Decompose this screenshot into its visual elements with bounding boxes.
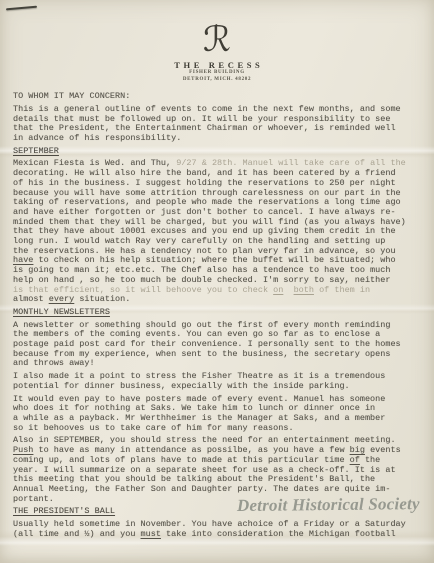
heading-line: SEPTEMBER [13,147,421,157]
underlined-word: on [273,285,283,295]
document-line: (all time and ½) and you must take into … [13,530,421,540]
intro-paragraph: This is a general outline of events to c… [13,105,421,144]
underlined-word: both [294,285,314,295]
salutation: TO WHOM IT MAY CONCERN: [13,92,421,102]
fisher-theatre-paragraph: I also made it a point to stress the Fis… [13,372,421,391]
letterhead: ℛ THE RECESS FISHER BUILDING DETROIT, MI… [0,0,434,83]
document-line: potential for dinner business, expeciall… [13,382,421,392]
underlined-word: must [141,529,161,539]
company-name: THE RECESS [0,60,434,70]
faded-text: 9/27 & 28th. Manuel will take care of al… [176,158,406,168]
september-paragraph: Mexican Fiesta is Wed. and Thu, 9/27 & 2… [13,159,421,305]
document-line: in advance of his responsibility. [13,134,421,144]
address-line-2: DETROIT, MICH. 48202 [0,77,434,84]
presidents-ball-paragraph: Usually held sometime in November. You h… [13,520,421,539]
document-line: and throws away! [13,359,421,369]
underlined-word: big [350,445,365,455]
document-line: almost every situation. [13,295,421,305]
document-line: Annual Meeting, the Father Son and Daugh… [13,485,421,495]
scanned-letter-page: ℛ THE RECESS FISHER BUILDING DETROIT, MI… [0,0,434,563]
underlined-word: of [350,455,360,465]
section-heading-september: SEPTEMBER [13,147,421,157]
posters-paragraph: It would even pay to have posters made o… [13,395,421,434]
recess-monogram-logo: ℛ [0,22,434,59]
newsletter-paragraph: A newsletter or something should go out … [13,321,421,370]
underlined-word: have [13,255,33,265]
document-line: so it behooves us to take care of him fo… [13,424,421,434]
archive-stamp: Detroit Historical Society [237,494,433,516]
address-line-1: FISHER BUILDING [0,70,434,77]
document-line: TO WHOM IT MAY CONCERN: [13,92,421,102]
heading-line: MONTHLY NEWSLETTERS [13,308,421,318]
underlined-word: every [49,294,75,304]
underlined-word: Push [13,445,33,455]
section-heading-newsletters: MONTHLY NEWSLETTERS [13,308,421,318]
letter-body: TO WHOM IT MAY CONCERN:This is a general… [13,92,421,539]
